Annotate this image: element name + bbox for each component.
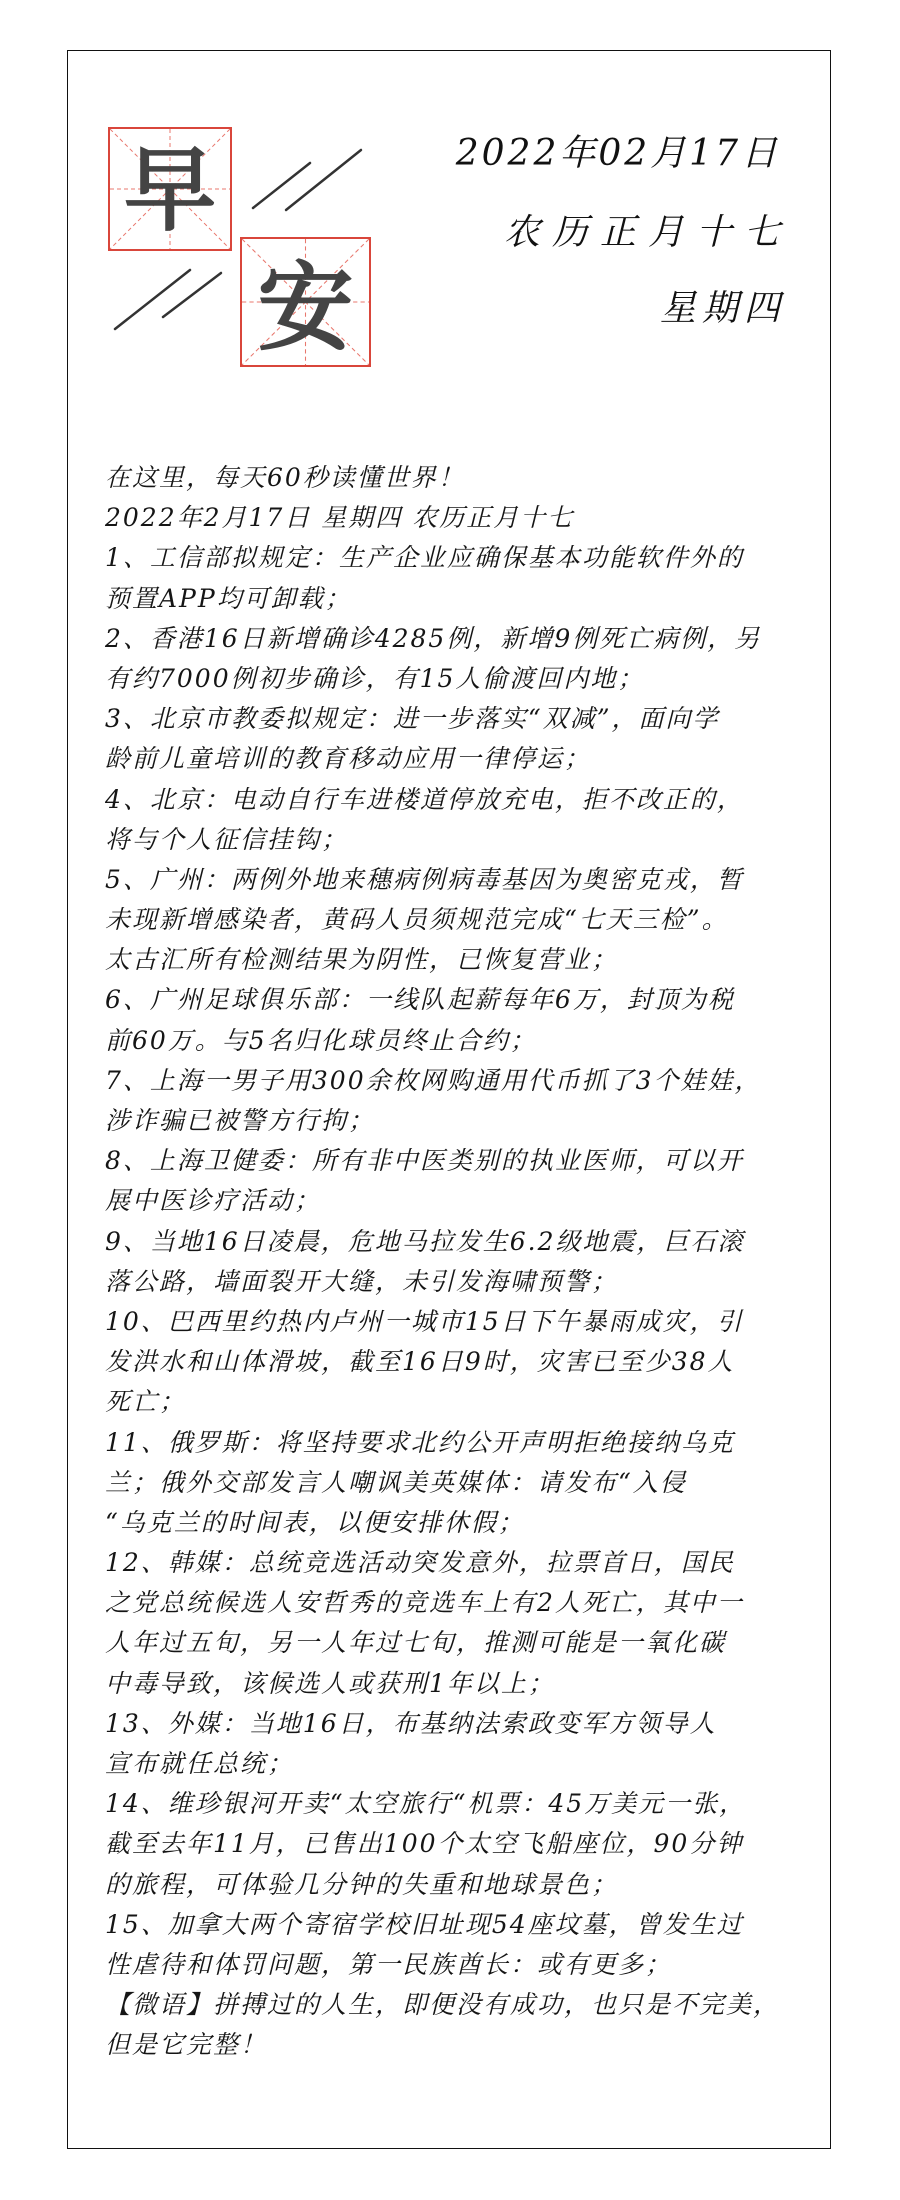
news-line: 性虐待和体罚问题，第一民族酋长：或有更多； <box>105 1945 825 1985</box>
news-line: 的旅程，可体验几分钟的失重和地球景色； <box>105 1865 825 1905</box>
news-line: 中毒导致，该候选人或获刑1年以上； <box>105 1664 825 1704</box>
grid-box-an: 安 <box>240 237 371 367</box>
news-line: 3、北京市教委拟规定：进一步落实“双减”，面向学 <box>105 699 825 739</box>
news-line: 有约7000例初步确诊，有15人偷渡回内地； <box>105 659 825 699</box>
news-line: 之党总统候选人安哲秀的竞选车上有2人死亡，其中一 <box>105 1583 825 1623</box>
news-line: “乌克兰的时间表，以便安排休假； <box>105 1503 825 1543</box>
news-line: 发洪水和山体滑坡，截至16日9时，灾害已至少38人 <box>105 1342 825 1382</box>
news-line: 14、维珍银河开卖“太空旅行“机票：45万美元一张， <box>105 1784 825 1824</box>
news-line: 8、上海卫健委：所有非中医类别的执业医师，可以开 <box>105 1141 825 1181</box>
news-line: 13、外媒：当地16日，布基纳法索政变军方领导人 <box>105 1704 825 1744</box>
news-line: 2、香港16日新增确诊4285例，新增9例死亡病例，另 <box>105 619 825 659</box>
lunar-date: 农历正月十七 <box>456 213 792 253</box>
news-line: 前60万。与5名归化球员终止合约； <box>105 1021 825 1061</box>
quote-line: 【微语】拼搏过的人生，即便没有成功，也只是不完美， <box>105 1985 825 2025</box>
date-header: 2022年02月17日 农历正月十七 星期四 <box>456 134 780 329</box>
news-line: 龄前儿童培训的教育移动应用一律停运； <box>105 739 825 779</box>
news-line: 展中医诊疗活动； <box>105 1181 825 1221</box>
news-line: 截至去年11月，已售出100个太空飞船座位，90分钟 <box>105 1824 825 1864</box>
news-body: 在这里，每天60秒读懂世界！ 2022年2月17日 星期四 农历正月十七 1、工… <box>105 458 825 2066</box>
news-line: 未现新增感染者，黄码人员须规范完成“七天三检”。 <box>105 900 825 940</box>
news-line: 12、韩媒：总统竞选活动突发意外，拉票首日，国民 <box>105 1543 825 1583</box>
news-line: 落公路，墙面裂开大缝，未引发海啸预警； <box>105 1262 825 1302</box>
badge-char-an: 安 <box>242 239 369 371</box>
news-line: 15、加拿大两个寄宿学校旧址现54座坟墓，曾发生过 <box>105 1905 825 1945</box>
news-line: 死亡； <box>105 1382 825 1422</box>
news-line: 4、北京：电动自行车进楼道停放充电，拒不改正的， <box>105 780 825 820</box>
news-line: 人年过五旬，另一人年过七旬，推测可能是一氧化碳 <box>105 1623 825 1663</box>
grid-box-zao: 早 <box>108 127 232 251</box>
quote-line: 但是它完整！ <box>105 2025 825 2065</box>
news-line: 5、广州：两例外地来穗病例病毒基因为奥密克戎，暂 <box>105 860 825 900</box>
news-line: 兰；俄外交部发言人嘲讽美英媒体：请发布“入侵 <box>105 1463 825 1503</box>
news-line: 6、广州足球俱乐部：一线队起薪每年6万，封顶为税 <box>105 980 825 1020</box>
badge-char-zao: 早 <box>110 129 230 251</box>
intro-line: 在这里，每天60秒读懂世界！ <box>105 458 825 498</box>
news-line: 涉诈骗已被警方行拘； <box>105 1101 825 1141</box>
news-line: 将与个人征信挂钩； <box>105 820 825 860</box>
news-line: 宣布就任总统； <box>105 1744 825 1784</box>
date-line: 2022年2月17日 星期四 农历正月十七 <box>105 498 825 538</box>
weekday: 星期四 <box>456 289 786 329</box>
news-line: 预置APP均可卸载； <box>105 579 825 619</box>
news-line: 太古汇所有检测结果为阴性，已恢复营业； <box>105 940 825 980</box>
news-line: 1、工信部拟规定：生产企业应确保基本功能软件外的 <box>105 538 825 578</box>
gregorian-date: 2022年02月17日 <box>456 134 780 174</box>
news-line: 11、俄罗斯：将坚持要求北约公开声明拒绝接纳乌克 <box>105 1423 825 1463</box>
news-line: 7、上海一男子用300余枚网购通用代币抓了3个娃娃， <box>105 1061 825 1101</box>
news-line: 10、巴西里约热内卢州一城市15日下午暴雨成灾，引 <box>105 1302 825 1342</box>
news-line: 9、当地16日凌晨，危地马拉发生6.2级地震，巨石滚 <box>105 1222 825 1262</box>
